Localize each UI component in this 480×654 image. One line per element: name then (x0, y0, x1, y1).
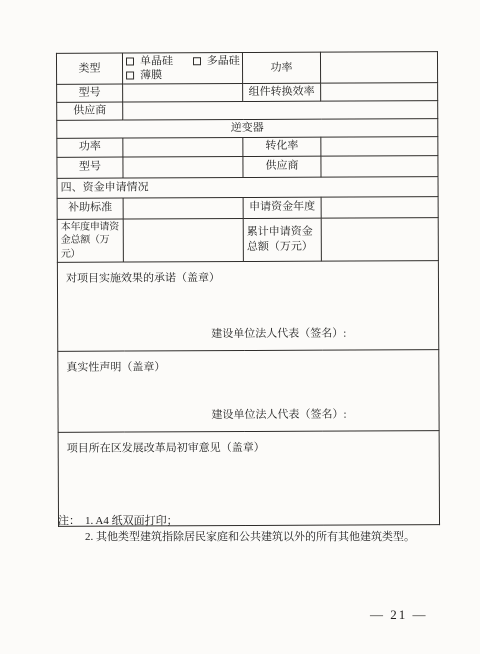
declaration-signature-label: 建设单位法人代表（签名）: (212, 407, 436, 423)
inverter-model-value-cell (123, 156, 243, 178)
inverter-power-label: 功率 (57, 138, 123, 157)
cumulative-total-label: 累计申请资金总额（万元） (243, 218, 321, 262)
funding-section-row: 四、资金申请情况 (57, 177, 438, 199)
checkbox-label-thinfilm: 薄膜 (140, 69, 162, 81)
module-power-label: 功率 (242, 52, 320, 83)
inverter-model-row: 型号 供应商 (57, 156, 438, 179)
apply-year-label: 申请资金年度 (243, 197, 321, 218)
declaration-cell: 真实性声明（盖章） 建设单位法人代表（签名）: (58, 350, 439, 433)
checkbox-label-monocrystalline: 单晶硅 (140, 55, 173, 67)
apply-year-value-cell (321, 197, 438, 219)
inverter-model-label: 型号 (57, 157, 123, 178)
page-number: — 21 — (370, 607, 428, 623)
annual-total-value-cell (123, 218, 243, 262)
annual-total-label: 本年度申请资金总额（万元） (57, 219, 123, 263)
checkbox-icon[interactable] (193, 57, 201, 65)
module-model-row: 型号 组件转换效率 (57, 83, 438, 103)
funding-section-title: 四、资金申请情况 (57, 177, 438, 199)
commitment-cell: 对项目实施效果的承诺（盖章） 建设单位法人代表（签名）: (57, 261, 438, 352)
inverter-section-title: 逆变器 (57, 119, 438, 139)
module-supplier-row: 供应商 (57, 101, 438, 121)
inverter-header-row: 逆变器 (57, 119, 438, 139)
commitment-row: 对项目实施效果的承诺（盖章） 建设单位法人代表（签名）: (57, 261, 438, 352)
module-supplier-value-cell (123, 101, 438, 120)
checkbox-line-1: 单晶硅 多晶硅 (126, 54, 239, 68)
footnotes: 注： 1. A4 纸双面打印； 2. 其他类型建筑指除居民家庭和公共建筑以外的所… (58, 514, 428, 545)
review-row: 项目所在区发展改革局初审意见（盖章） (58, 431, 439, 527)
checkbox-label-polycrystalline: 多晶硅 (207, 55, 240, 67)
footnote-2: 2. 其他类型建筑指除居民家庭和公共建筑以外的所有其他建筑类型。 (85, 530, 415, 546)
footnotes-items: 1. A4 纸双面打印； 2. 其他类型建筑指除居民家庭和公共建筑以外的所有其他… (85, 514, 415, 545)
checkbox-item-monocrystalline[interactable]: 单晶硅 (126, 54, 173, 68)
inverter-supplier-value-cell (321, 156, 438, 178)
inverter-conversion-value-cell (321, 137, 438, 157)
funding-total-row: 本年度申请资金总额（万元） 累计申请资金总额（万元） (57, 218, 438, 263)
checkbox-icon[interactable] (126, 71, 134, 79)
checkbox-item-thinfilm[interactable]: 薄膜 (126, 68, 162, 82)
inverter-supplier-label: 供应商 (243, 156, 321, 177)
inverter-power-row: 功率 转化率 (57, 137, 438, 158)
funding-subsidy-row: 补助标准 申请资金年度 (57, 197, 438, 220)
declaration-row: 真实性声明（盖章） 建设单位法人代表（签名）: (58, 350, 439, 433)
declaration-title: 真实性声明（盖章） (61, 352, 435, 376)
checkbox-icon[interactable] (126, 57, 134, 65)
review-cell: 项目所在区发展改革局初审意见（盖章） (58, 431, 439, 527)
inverter-conversion-label: 转化率 (243, 137, 321, 156)
module-type-row: 类型 单晶硅 多晶硅 薄膜 功率 (56, 52, 437, 85)
module-type-options-cell: 单晶硅 多晶硅 薄膜 (122, 53, 242, 85)
commitment-title: 对项目实施效果的承诺（盖章） (61, 263, 435, 287)
subsidy-standard-label: 补助标准 (57, 198, 123, 219)
inverter-power-value-cell (123, 137, 243, 157)
review-title: 项目所在区发展改革局初审意见（盖章） (62, 433, 436, 457)
module-efficiency-label: 组件转换效率 (243, 83, 321, 101)
cumulative-total-value-cell (321, 218, 438, 262)
scanned-form-page: 类型 单晶硅 多晶硅 薄膜 功率 型号 组件转换效率 (0, 0, 480, 654)
checkbox-line-2: 薄膜 (126, 68, 239, 82)
footnote-1: 1. A4 纸双面打印； (85, 514, 415, 530)
module-supplier-label: 供应商 (57, 102, 123, 120)
module-model-value-cell (123, 84, 243, 103)
module-power-value-cell (320, 52, 437, 84)
footnotes-prefix: 注： (58, 514, 85, 545)
module-model-label: 型号 (57, 84, 123, 102)
application-form-table: 类型 单晶硅 多晶硅 薄膜 功率 型号 组件转换效率 (56, 51, 440, 527)
module-type-label: 类型 (56, 53, 122, 84)
checkbox-item-polycrystalline[interactable]: 多晶硅 (193, 54, 240, 68)
form-document: 类型 单晶硅 多晶硅 薄膜 功率 型号 组件转换效率 (56, 51, 439, 527)
module-efficiency-value-cell (321, 83, 438, 102)
commitment-signature-label: 建设单位法人代表（签名）: (211, 326, 435, 342)
subsidy-standard-value-cell (123, 197, 243, 219)
